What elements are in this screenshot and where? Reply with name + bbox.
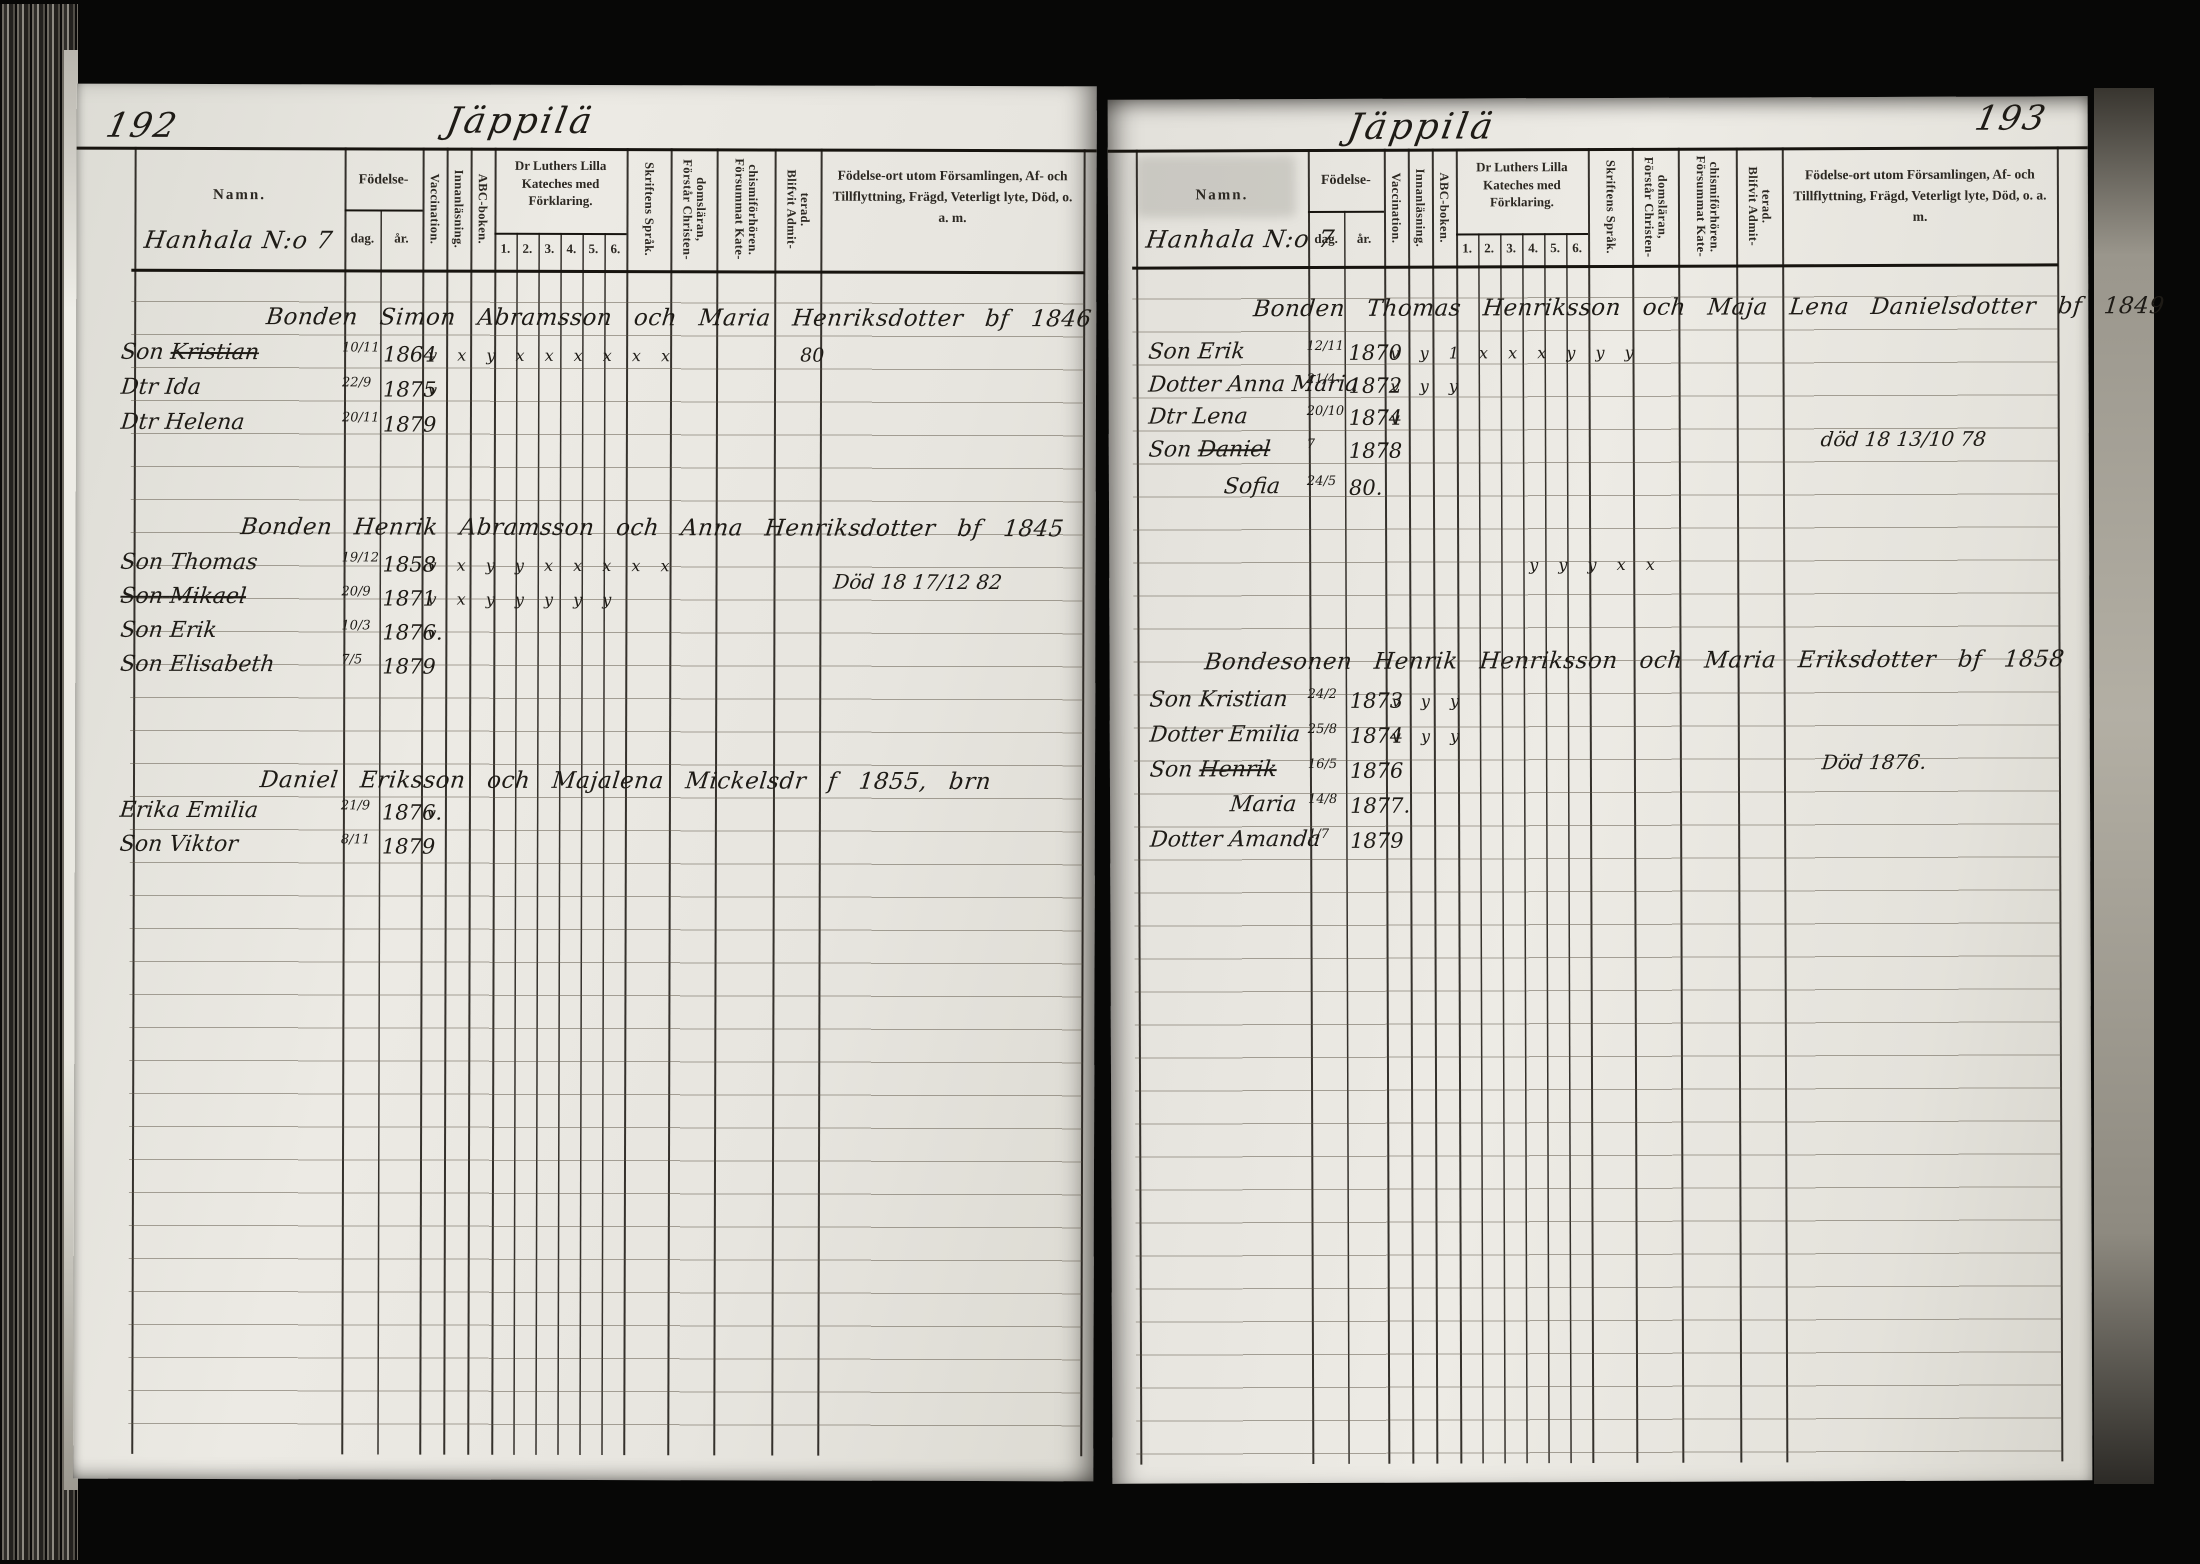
page-right: 193 Jäppilä Namn. Hanhala N:o 7 Födelse-… — [1108, 96, 2093, 1483]
col-dag: dag. — [1308, 231, 1344, 247]
birth-year: 1879 — [1350, 829, 1404, 853]
col-namn: Namn. — [1136, 187, 1308, 205]
record-row: Son Daniel 7 1878 död 18 13/10 78 — [1109, 434, 2089, 471]
birth-year: 80. — [1349, 476, 1382, 500]
grade-col-label: 2. — [1478, 240, 1500, 256]
col-kateches: Dr Luthers Lilla Kateches med Förklaring… — [497, 157, 625, 210]
grade-marks: v — [427, 624, 437, 643]
person-name: Sofia — [1223, 474, 1282, 499]
record-row: Dtr Ida 22/9 1875 v — [76, 375, 1096, 412]
birth-year: 1879 — [382, 654, 436, 678]
person-name: Son Elisabeth — [119, 652, 276, 677]
margin-note: Död 18 17/12 82 — [832, 570, 1003, 594]
grade-marks: v — [427, 804, 437, 823]
person-name: Son Viktor — [118, 832, 239, 857]
col-abc: ABC-boken. — [1431, 154, 1456, 260]
col-forstar: Förstår Christen-domsläran, — [670, 153, 716, 265]
grade-marks: y y y x x — [1529, 555, 1656, 574]
person-name: Dotter Amanda — [1149, 827, 1322, 853]
grade-marks: v x y y x x x x x — [428, 556, 671, 576]
person-name: Dotter Emilia — [1149, 722, 1302, 748]
record-row: Son Viktor 8/11 1879 — [75, 832, 1095, 869]
col-skriftens: Skriftens Språk. — [626, 153, 670, 265]
page-title: Jäppilä — [443, 101, 598, 142]
grade-col-label: 3. — [1500, 240, 1522, 256]
birth-day: 20/9 — [341, 584, 370, 599]
person-name: Son Thomas — [119, 550, 259, 575]
birth-day: 20/11 — [342, 410, 380, 425]
page-number: 192 — [102, 106, 182, 146]
birth-day: 10/11 — [342, 340, 380, 355]
record-row: y y y x x — [1109, 548, 2089, 585]
grade-marks: v y y — [1392, 726, 1460, 745]
col-fodelseort: Födelse-ort utom Församlingen, Af- och T… — [1790, 164, 2050, 228]
col-skriftens: Skriftens Språk. — [1588, 154, 1632, 260]
birth-day: 21/9 — [341, 798, 370, 813]
birth-day: 21/4 — [1307, 372, 1336, 387]
col-abc: ABC-boken. — [469, 153, 494, 265]
birth-day: 20/10 — [1307, 404, 1345, 419]
record-row: Dotter Emilia 25/8 1874 v y y — [1110, 719, 2090, 756]
record-row: Dotter Amanda 1/7 1879 — [1110, 824, 2090, 861]
birth-day: 25/8 — [1308, 722, 1337, 737]
birth-day: 10/3 — [341, 618, 370, 633]
grade-marks: v — [1391, 409, 1401, 428]
record-row: Erika Emilia 21/9 1876. v — [75, 798, 1095, 835]
person-name: Dtr Lena — [1147, 404, 1248, 429]
col-fodelse: Födelse- — [345, 172, 423, 188]
record-row: Son Kristian 10/11 1864 v x y x x x x x … — [76, 340, 1096, 377]
grade-col-label: 3. — [538, 241, 560, 257]
record-row: Dtr Helena 20/11 1879 — [76, 410, 1096, 447]
grade-col-label: 5. — [1544, 240, 1566, 256]
birth-year: 1876 — [1350, 759, 1404, 783]
grade-marks: v x y x x x x x x — [428, 346, 671, 366]
fodelse-split-rule — [1308, 211, 1384, 213]
grade-col-label: 5. — [582, 241, 604, 257]
person-name: Erika Emilia — [119, 798, 260, 823]
record-row: Maria 14/8 1877. — [1110, 789, 2090, 826]
person-name: Maria — [1229, 792, 1298, 817]
grade-marks: v x y y y y y — [427, 590, 612, 609]
person-name: Dtr Ida — [120, 375, 203, 400]
fodelse-split-rule — [344, 209, 422, 211]
grade-col-label: 6. — [604, 241, 626, 257]
birth-day: 19/12 — [342, 550, 380, 565]
col-admitterad: Blifvit Admit-terad. — [1736, 153, 1782, 259]
family-header: Bonden Thomas Henriksson och Maja Lena D… — [1252, 293, 2166, 322]
col-admitterad: Blifvit Admit-terad. — [774, 153, 820, 265]
record-row: Son Erik 10/3 1876. v — [75, 618, 1095, 655]
record-row: Son Kristian 24/2 1873 v y y — [1110, 684, 2090, 721]
col-forstar: Förstår Christen-domsläran, — [1632, 154, 1678, 260]
col-fodelseort: Födelse-ort utom Församlingen, Af- och T… — [828, 166, 1076, 229]
record-row: Son Henrik 16/5 1876 Död 1876. — [1110, 754, 2090, 791]
col-vaccination: Vaccination. — [1383, 155, 1408, 261]
family-header: Bondesonen Henrik Henriksson och Maria E… — [1203, 646, 2066, 675]
family-header: Daniel Eriksson och Majalena Mickelsdr f… — [259, 767, 993, 795]
grade-marks: v — [428, 381, 438, 400]
record-row: Son Mikael 20/9 1871 v x y y y y y Död 1… — [75, 584, 1095, 621]
margin-note: Död 1876. — [1821, 750, 1928, 774]
birth-day: 24/5 — [1307, 474, 1336, 489]
person-name: Son Daniel — [1148, 437, 1272, 462]
page-number: 193 — [1971, 98, 2050, 138]
birth-day: 7/5 — [341, 652, 362, 667]
col-ar: år. — [1344, 231, 1384, 247]
col-dag: dag. — [344, 230, 380, 246]
person-name: Son Kristian — [120, 340, 261, 365]
birth-day: 7 — [1307, 437, 1315, 452]
person-name: Son Mikael — [119, 584, 247, 609]
grade-col-label: 4. — [1522, 240, 1544, 256]
grade-col-label: 2. — [516, 241, 538, 257]
village-heading: Hanhala N:o 7 — [142, 226, 335, 254]
grade-col-label: 1. — [494, 241, 516, 257]
grade-marks: v y y — [1391, 376, 1459, 395]
birth-day: 14/8 — [1308, 792, 1337, 807]
birth-day: 16/5 — [1308, 757, 1337, 772]
page-title: Jäppilä — [1344, 106, 1499, 148]
family-header: Bonden Simon Abramsson och Maria Henriks… — [265, 304, 1093, 332]
col-kateches: Dr Luthers Lilla Kateches med Förklaring… — [1458, 158, 1586, 211]
admitted-value: 80 — [800, 345, 824, 367]
person-name: Son Kristian — [1148, 687, 1288, 712]
grade-marks: v y y — [1392, 691, 1460, 710]
margin-note: död 18 13/10 78 — [1820, 427, 1988, 452]
birth-day: 1/7 — [1308, 827, 1329, 842]
page-left: 192 Jäppilä Namn. Hanhala N:o 7 Födelse-… — [73, 84, 1097, 1482]
record-row: Son Elisabeth 7/5 1879 — [75, 652, 1095, 689]
person-name: Son Erik — [119, 618, 218, 643]
birth-day: 22/9 — [342, 375, 371, 390]
grade-col-label: 4. — [560, 241, 582, 257]
family-header: Bonden Henrik Abramsson och Anna Henriks… — [239, 514, 1065, 542]
birth-day: 8/11 — [341, 832, 370, 847]
col-namn: Namn. — [135, 187, 345, 205]
col-innanlasning: Innanläsning. — [445, 153, 470, 265]
birth-year: 1879 — [383, 412, 437, 436]
book-edge-left — [0, 4, 78, 1560]
col-forsummat: Försummat Kate-chismiförhören. — [716, 153, 774, 265]
grade-col-label: 6. — [1566, 240, 1588, 256]
birth-year: 1878 — [1349, 439, 1403, 463]
col-kateches-grades: 1.2.3.4.5.6. — [1456, 240, 1588, 256]
col-fodelse: Födelse- — [1308, 173, 1384, 189]
person-name: Dtr Helena — [120, 410, 246, 435]
birth-day: 12/11 — [1306, 339, 1344, 354]
record-row: Sofia 24/5 80. — [1109, 471, 2089, 508]
col-kateches-grades: 1.2.3.4.5.6. — [494, 241, 626, 257]
grade-marks: v y 1 x x x y y y — [1390, 343, 1634, 363]
birth-day: 24/2 — [1308, 687, 1337, 702]
grade-col-label: 1. — [1456, 240, 1478, 256]
birth-year: 1879 — [382, 834, 436, 858]
book-photo: 192 Jäppilä Namn. Hanhala N:o 7 Födelse-… — [0, 0, 2200, 1564]
person-name: Son Henrik — [1149, 757, 1278, 782]
person-name: Son Erik — [1147, 339, 1246, 364]
col-innanlasning: Innanläsning. — [1407, 155, 1432, 261]
col-ar: år. — [380, 230, 422, 246]
col-forsummat: Försummat Kate-chismiförhören. — [1678, 154, 1736, 260]
kateches-split-rule — [494, 233, 626, 235]
birth-year: 1877. — [1350, 794, 1410, 818]
record-row: Son Erik 12/11 1870 v y 1 x x x y y y — [1108, 336, 2088, 373]
col-vaccination: Vaccination. — [421, 153, 446, 265]
